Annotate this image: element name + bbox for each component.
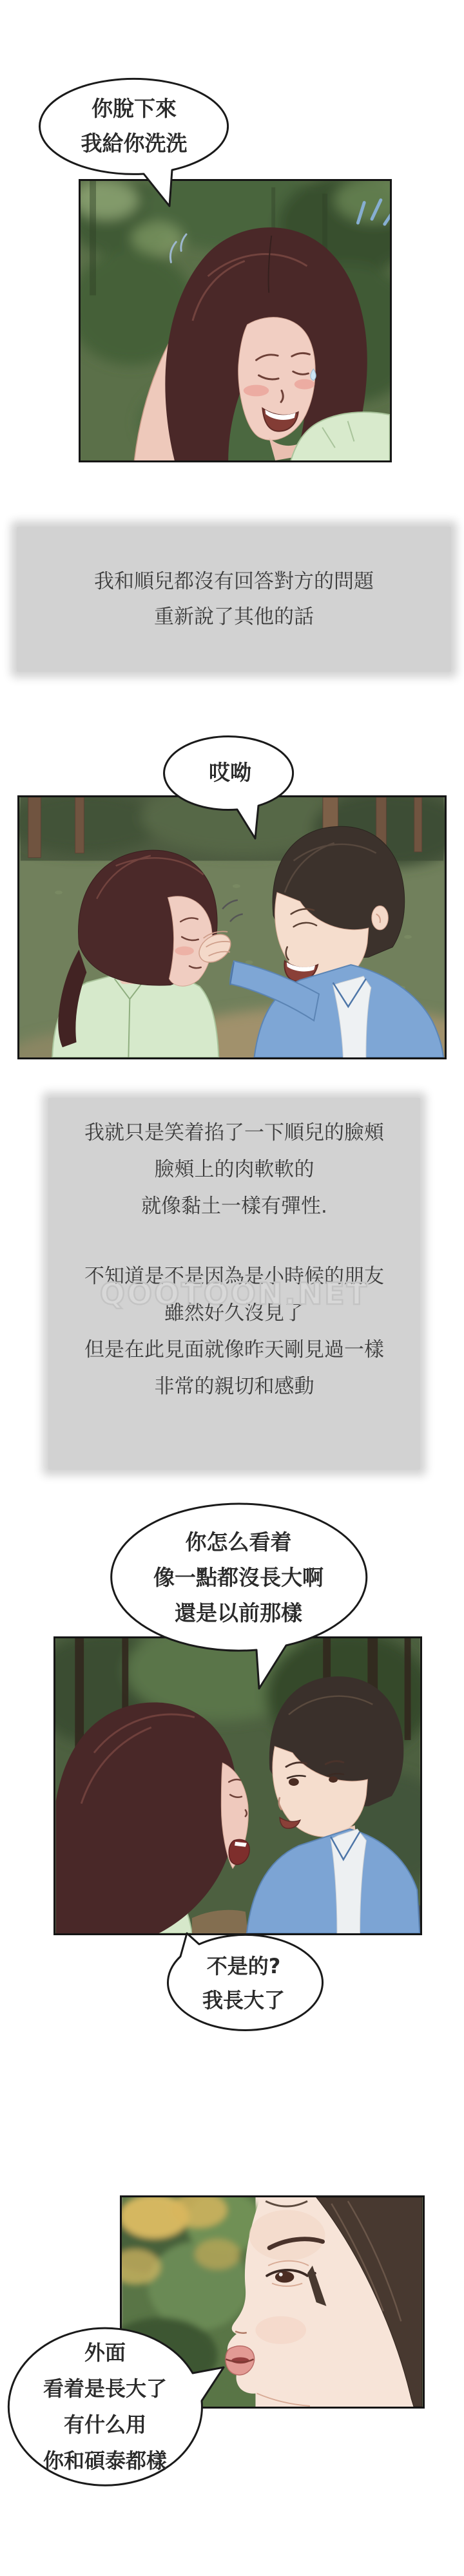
speech-bubble-3: 你怎么看着 像一點都沒長大啊 還是以前那樣	[111, 1504, 366, 1651]
bubble-line: 看着是長大了	[43, 2371, 167, 2407]
speech-bubble-4: 不是的? 我長大了	[166, 1936, 321, 2031]
bubble-line: 你和碩泰都樣	[43, 2443, 167, 2479]
bubble-line: 像一點都沒長大啊	[153, 1560, 324, 1595]
narration-line: 臉頰上的肉軟軟的	[48, 1151, 420, 1188]
bubble-line: 哎呦	[209, 755, 251, 790]
speech-bubble-1: 你脫下來 我給你洗洗	[40, 79, 228, 174]
bubble-line: 我長大了	[202, 1984, 285, 2018]
narration-line: 非常的親切和感動	[48, 1368, 420, 1405]
bubble-line: 不是的?	[207, 1949, 281, 1984]
narration-line: 重新說了其他的話	[17, 600, 451, 635]
bubble-line: 外面	[84, 2334, 126, 2371]
narration-group-1: 我就只是笑着掐了一下順兒的臉頰 臉頰上的肉軟軟的 就像黏土一樣有彈性.	[48, 1115, 420, 1225]
bubble-line: 你怎么看着	[186, 1524, 292, 1560]
narration-line: 我就只是笑着掐了一下順兒的臉頰	[48, 1115, 420, 1151]
speech-bubble-2: 哎呦	[166, 736, 295, 810]
narration-box-1: 我和順兒都沒有回答對方的問題 重新說了其他的話	[17, 527, 451, 672]
eye	[289, 1778, 299, 1786]
blush	[175, 947, 194, 956]
eye-iris	[275, 2271, 294, 2283]
narration-line: 我和順兒都沒有回答對方的問題	[17, 564, 451, 600]
panel-1-art	[81, 181, 390, 460]
panel-1	[79, 179, 392, 462]
speech-bubble-5: 外面 看着是長大了 有什么用 你和碩泰都樣	[8, 2328, 202, 2485]
cheek-blush	[255, 2316, 306, 2344]
eye	[329, 1776, 338, 1783]
blush	[244, 385, 269, 397]
site-watermark: QOOTOON.NET	[48, 1276, 420, 1311]
bubble-line: 我給你洗洗	[81, 126, 188, 161]
bubble-line: 有什么用	[64, 2407, 146, 2443]
bubble-line: 你脫下來	[92, 91, 177, 126]
comic-page: 我和順兒都沒有回答對方的問題 重新說了其他的話 我就只是笑着掐了一下順兒的臉頰 …	[0, 0, 464, 2576]
narration-line: 就像黏土一樣有彈性.	[48, 1188, 420, 1225]
narration-line: 但是在此見面就像昨天剛見過一樣	[48, 1332, 420, 1368]
bubble-line: 還是以前那樣	[175, 1595, 302, 1631]
